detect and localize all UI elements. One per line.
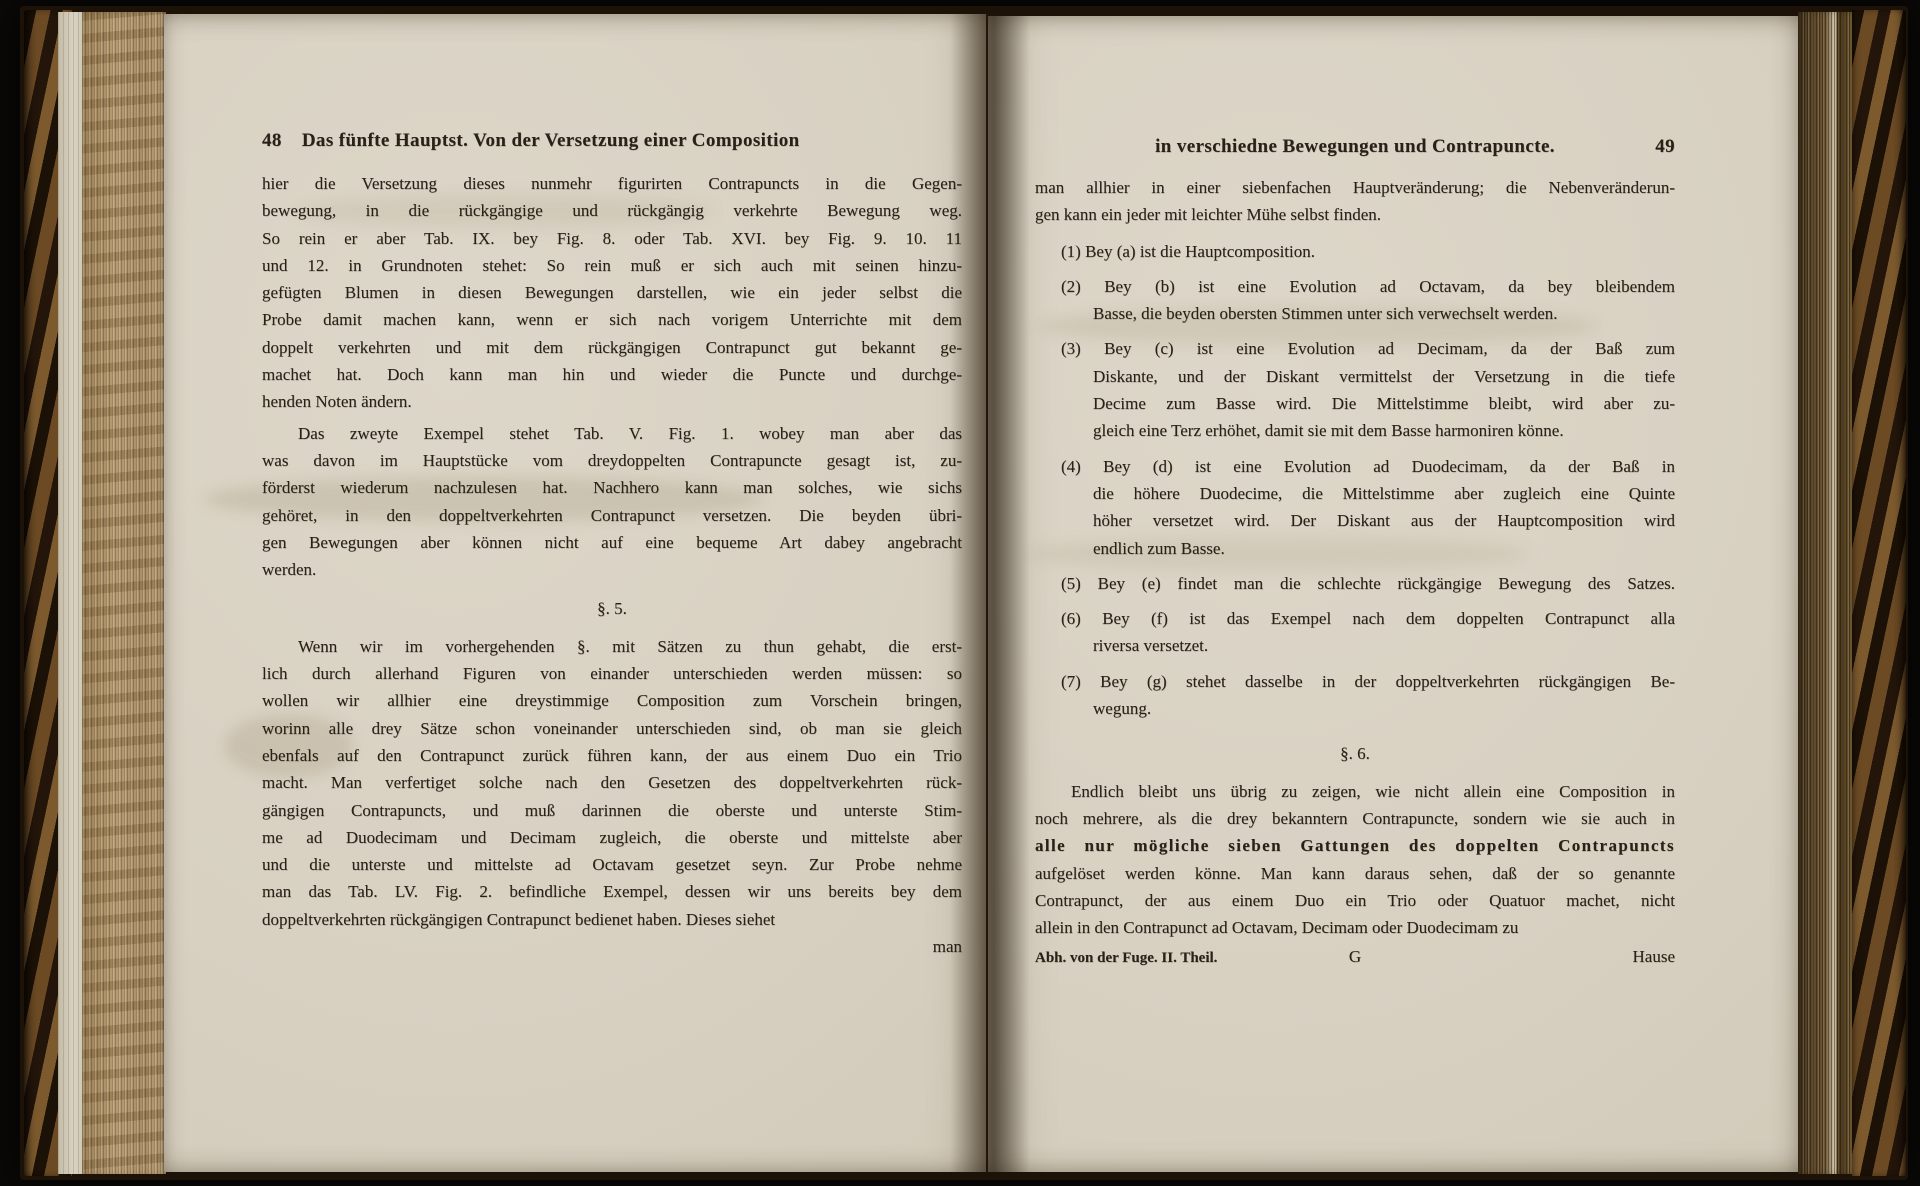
list-item: (5) Bey (e) findet man die schlechte rüc… xyxy=(1035,570,1675,597)
text-line: förderst wiederum nachzulesen hat. Nachh… xyxy=(262,474,962,501)
catchword: man xyxy=(933,937,962,956)
text-line: endlich zum Basse. xyxy=(1093,535,1675,562)
text-line: doppelt verkehrten und mit dem rückgängi… xyxy=(262,334,962,361)
paragraph: Endlich bleibt uns übrig zu zeigen, wie … xyxy=(1035,778,1675,942)
text-line: gefügten Blumen in diesen Bewegungen dar… xyxy=(262,279,962,306)
paragraph: hier die Versetzung dieses nunmehr figur… xyxy=(262,170,962,416)
volume-signature: Abh. von der Fuge. II. Theil. xyxy=(1035,950,1217,966)
page-body-left: hier die Versetzung dieses nunmehr figur… xyxy=(262,170,962,933)
gathering-signature: G xyxy=(1349,945,1361,969)
text-line: höher versetzet wird. Der Diskant aus de… xyxy=(1093,507,1675,534)
flyleaf-edge xyxy=(58,12,84,1174)
catchword-row: man xyxy=(262,933,962,960)
text-line: henden Noten ändern. xyxy=(262,388,962,415)
text-line: Wenn wir im vorhergehenden §. mit Sätzen… xyxy=(262,633,962,660)
text-line: hier die Versetzung dieses nunmehr figur… xyxy=(262,170,962,197)
page-header-left: 48 Das fünfte Hauptst. Von der Versetzun… xyxy=(262,126,962,156)
text-line: riversa versetzet. xyxy=(1093,632,1675,659)
text-line: me ad Duodecimam und Decimam zugleich, d… xyxy=(262,824,962,851)
catchword: Hause xyxy=(1633,945,1675,969)
text-line: allein in den Contrapunct ad Octavam, De… xyxy=(1035,914,1675,941)
text-line: Decime zum Basse wird. Die Mittelstimme … xyxy=(1093,390,1675,417)
text-line: machet hat. Doch kann man hin und wieder… xyxy=(262,361,962,388)
text-line: doppeltverkehrten rückgängigen Contrapun… xyxy=(262,906,962,933)
text-line: wegung. xyxy=(1093,695,1675,722)
text-line: Probe damit machen kann, wenn er sich na… xyxy=(262,306,962,333)
paragraph: Das zweyte Exempel stehet Tab. V. Fig. 1… xyxy=(262,420,962,584)
page-header-right: in verschiedne Bewegungen und Contrapunc… xyxy=(1035,132,1675,162)
text-line: (7) Bey (g) stehet dasselbe in der doppe… xyxy=(1093,668,1675,695)
photo-background: 48 Das fünfte Hauptst. Von der Versetzun… xyxy=(0,0,1920,1186)
list-item: (6) Bey (f) ist das Exempel nach dem dop… xyxy=(1035,605,1675,660)
page-stack-fore-edge-right xyxy=(1798,12,1858,1174)
text-line: man allhier in einer siebenfachen Hauptv… xyxy=(1035,174,1675,201)
text-line: (6) Bey (f) ist das Exempel nach dem dop… xyxy=(1093,605,1675,632)
text-line: Endlich bleibt uns übrig zu zeigen, wie … xyxy=(1035,778,1675,805)
paragraph: man allhier in einer siebenfachen Hauptv… xyxy=(1035,174,1675,229)
text-line: (4) Bey (d) ist eine Evolution ad Duodec… xyxy=(1093,453,1675,480)
text-line: noch mehrere, als die drey bekanntern Co… xyxy=(1035,805,1675,832)
text-line: und die unterste und mittelste ad Octava… xyxy=(262,851,962,878)
text-line: gehöret, in den doppeltverkehrten Contra… xyxy=(262,502,962,529)
text-line: (3) Bey (c) ist eine Evolution ad Decima… xyxy=(1093,335,1675,362)
text-line: §. 6. xyxy=(1035,740,1675,767)
text-line: (1) Bey (a) ist die Hauptcomposition. xyxy=(1093,238,1675,265)
text-line: Contrapunct, der aus einem Duo ein Trio … xyxy=(1035,887,1675,914)
text-line: lich durch allerhand Figuren von einande… xyxy=(262,660,962,687)
text-line: werden. xyxy=(262,556,962,583)
text-column-left: 48 Das fünfte Hauptst. Von der Versetzun… xyxy=(262,126,962,960)
text-line: (5) Bey (e) findet man die schlechte rüc… xyxy=(1093,570,1675,597)
list-item: (4) Bey (d) ist eine Evolution ad Duodec… xyxy=(1035,453,1675,562)
text-line: worinn alle drey Sätze schon voneinander… xyxy=(262,715,962,742)
text-line: ebenfals auf den Contrapunct zurück führ… xyxy=(262,742,962,769)
text-line: und 12. in Grundnoten stehet: So rein mu… xyxy=(262,252,962,279)
book-cover-marbled-right xyxy=(1852,10,1906,1176)
page-body-right: man allhier in einer siebenfachen Hauptv… xyxy=(1035,174,1675,941)
text-line: man das Tab. LV. Fig. 2. befindliche Exe… xyxy=(262,878,962,905)
text-line: aufgelöset werden könne. Man kann daraus… xyxy=(1035,860,1675,887)
section-heading: §. 6. xyxy=(1035,740,1675,767)
text-line: Das zweyte Exempel stehet Tab. V. Fig. 1… xyxy=(262,420,962,447)
page-48: 48 Das fünfte Hauptst. Von der Versetzun… xyxy=(164,14,986,1172)
text-line: gängigen Contrapuncts, und muß darinnen … xyxy=(262,797,962,824)
text-line: gen Bewegungen aber können nicht auf ein… xyxy=(262,529,962,556)
list-item: (7) Bey (g) stehet dasselbe in der doppe… xyxy=(1035,668,1675,723)
text-line: wollen wir allhier eine dreystimmige Com… xyxy=(262,687,962,714)
text-line: macht. Man verfertiget solche nach den G… xyxy=(262,769,962,796)
text-column-right: in verschiedne Bewegungen und Contrapunc… xyxy=(1035,132,1675,971)
text-line: gleich eine Terz erhöhet, damit sie mit … xyxy=(1093,417,1675,444)
text-line: die höhere Duodecime, die Mittelstimme a… xyxy=(1093,480,1675,507)
list-item: (1) Bey (a) ist die Hauptcomposition. xyxy=(1035,238,1675,265)
page-49: in verschiedne Bewegungen und Contrapunc… xyxy=(988,16,1800,1172)
text-line: (2) Bey (b) ist eine Evolution ad Octava… xyxy=(1093,273,1675,300)
running-title: in verschiedne Bewegungen und Contrapunc… xyxy=(1155,136,1555,157)
paragraph: Wenn wir im vorhergehenden §. mit Sätzen… xyxy=(262,633,962,933)
text-line: Diskante, und der Diskant vermittelst de… xyxy=(1093,363,1675,390)
text-line: Basse, die beyden obersten Stimmen unter… xyxy=(1093,300,1675,327)
list-item: (2) Bey (b) ist eine Evolution ad Octava… xyxy=(1035,273,1675,328)
text-line: was davon im Hauptstücke vom dreydoppelt… xyxy=(262,447,962,474)
text-line: §. 5. xyxy=(262,595,962,622)
page-number: 48 xyxy=(262,126,282,156)
text-line: alle nur mögliche sieben Gattungen des d… xyxy=(1035,832,1675,859)
page-stack-fore-edge-left xyxy=(82,12,166,1174)
section-heading: §. 5. xyxy=(262,595,962,622)
running-title: Das fünfte Hauptst. Von der Versetzung e… xyxy=(302,126,800,156)
page-footer: Abh. von der Fuge. II. Theil. G Hause xyxy=(1035,945,1675,971)
list-item: (3) Bey (c) ist eine Evolution ad Decima… xyxy=(1035,335,1675,444)
text-line: gen kann ein jeder mit leichter Mühe sel… xyxy=(1035,201,1675,228)
page-number: 49 xyxy=(1655,132,1675,162)
text-line: bewegung, in die rückgängige und rückgän… xyxy=(262,197,962,224)
text-line: So rein er aber Tab. IX. bey Fig. 8. ode… xyxy=(262,225,962,252)
